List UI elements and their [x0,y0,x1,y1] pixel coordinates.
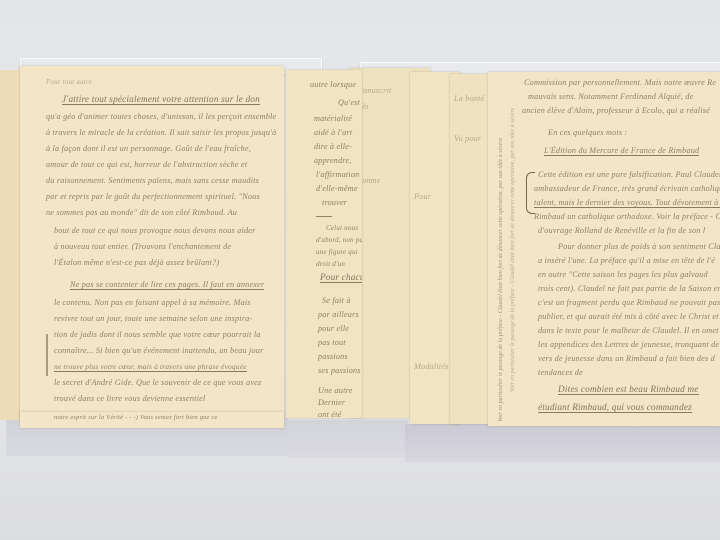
handwritten-line: Commission par personnellement. Mais not… [524,78,716,87]
handwritten-line: qu'a géo d'animer toutes choses, d'uniss… [46,112,276,121]
handwritten-line: pas tout [318,338,346,347]
handwritten-line: vers de jeunesse dans un Rimbaud a fait … [538,354,715,363]
manuscript-page-right: Commission par personnellement. Mais not… [488,72,720,426]
handwritten-line: d'abord, non pas [316,236,362,244]
handwritten-line: a inséré l'une. La préface qu'il a mise … [538,256,715,265]
handwritten-line: dire à elle- [314,142,352,151]
handwritten-line: étudiant Rimbaud, qui vous commandez [538,402,692,413]
handwritten-line: ancien élève d'Alain, professeur à Ecolo… [522,106,710,115]
handwritten-line: l'affirmation [316,170,359,179]
handwritten-line: droit d'un [316,260,345,268]
handwritten-line: mauvais sens. Notamment Ferdinand Alquié… [528,92,693,101]
handwritten-line: publier, et qui aurait été mis à côté av… [538,312,720,321]
plastic-sleeve-bottom-mid [288,420,408,458]
manuscript-page-middle-d: La bonté Vu pour [450,74,490,424]
handwritten-line: J'attire tout spécialement votre attenti… [62,94,260,105]
handwritten-line: ne sommes pas au monde" dit de son côté … [46,208,237,217]
handwritten-line: dans le texte pour le malheur de Claudel… [538,326,719,335]
handwritten-line: La bonté [454,94,484,103]
handwritten-line: Cette édition est une pure falsification… [538,170,720,179]
divider-stroke [316,216,332,217]
handwritten-line: une figure qui [316,248,358,256]
handwritten-line: notre esprit sur la Vérité - - -) Vous s… [54,414,218,421]
vertical-margin-note: Voir en particulier le passage de la pré… [498,132,504,422]
handwritten-line: en outre "Cette saison les pages les plu… [538,270,708,279]
handwritten-line: connaître... Si bien qu'un événement ina… [54,346,263,355]
handwritten-line: bout de tout ce qui nous provoque nous d… [54,226,255,235]
handwritten-line: pour elle [318,324,349,333]
handwritten-line: Celui nous [326,224,358,232]
handwritten-line: le secret d'André Gide. Que le souvenir … [54,378,261,387]
handwritten-heading: Pour chacun [320,272,362,283]
page-edge-left [0,70,22,420]
handwritten-line: trouvé dans ce livre vous devienne essen… [54,394,205,403]
handwritten-line: Vu pour [454,134,481,143]
handwritten-line: Pour donner plus de poids à son sentimen… [558,242,720,251]
handwritten-line: Pour tout autre [46,78,92,86]
handwritten-line: Qu'est [338,98,360,107]
handwritten-line: ne trouve plus votre cœur, mais à traver… [54,362,247,372]
handwritten-line: ses passions [318,366,361,375]
handwritten-line: En ces quelques mots : [548,128,627,137]
handwritten-line: les appendices des Lettres de jeunesse, … [538,340,719,349]
handwritten-line: apprendre, [314,156,352,165]
handwritten-line: Se fait à [322,296,351,305]
handwritten-line: trois cent). Claudel ne fait pas partie … [538,284,720,293]
handwritten-line: d'ouvrage Rolland de Renéville et la fin… [538,226,705,235]
handwritten-line: à travers le miracle de la création. Il … [46,128,276,137]
handwritten-line: Une autre [318,386,352,395]
handwritten-line: par ailleurs [318,310,359,319]
plastic-sleeve-bottom-right [405,424,720,462]
handwritten-line: aidé à l'art [314,128,352,137]
handwritten-line: Rimbaud un catholique orthodoxe. Voir la… [534,212,720,221]
handwritten-line: d'elle-même [316,184,358,193]
handwritten-line: Dernier [318,398,345,407]
handwritten-line: l'Étalon même n'est-ce pas déjà assez br… [54,258,219,267]
handwritten-line: passions [318,352,348,361]
handwritten-line: amour de tout ce qui est, horreur de l'a… [46,160,247,169]
handwritten-line: c'est un fragment perdu que Rimbaud ne p… [538,298,720,307]
handwritten-line: Modalités [414,362,449,371]
handwritten-line: trouver [322,198,347,207]
handwritten-line: par et repris par le goût du perfectionn… [46,192,260,201]
vertical-margin-note-2: Voir en particulier le passage de la pré… [510,132,516,392]
handwritten-line: à la façon dont il est un personnage. Go… [46,144,251,153]
manuscript-page-middle-a: autre lorsque Qu'est matérialité aidé à … [286,70,362,418]
handwritten-line: à nouveau tout entier. (Trouvons l'encha… [54,242,231,251]
handwritten-line: le contenu. Non pas en faisant appel à s… [54,298,251,307]
margin-mark [46,334,48,376]
handwritten-line: ont été [318,410,341,418]
handwritten-line: tion de jadis dont il nous semble que vo… [54,330,261,339]
handwritten-line: revivre tout un jour, toute une semaine … [54,314,252,323]
handwritten-line: matérialité [314,114,352,123]
handwritten-line: Pour [414,192,431,201]
handwritten-line: ambassadeur de France, très grand écriva… [534,184,720,193]
handwritten-line: du raisonnement. Sentiments païens, mais… [46,176,259,185]
handwritten-line: Dites combien est beau Rimbaud me [558,384,699,395]
manuscript-page-left-bottom: notre esprit sur la Vérité - - -) Vous s… [20,412,284,428]
handwritten-line: Ne pas se contenter de lire ces pages. I… [70,280,264,290]
handwritten-line: talent, mais le dernier des voyous. Tout… [534,198,720,208]
handwritten-line: autre lorsque [310,80,356,89]
handwritten-heading: L'Édition du Mercure de France de Rimbau… [544,146,699,156]
handwritten-line: tendances de [538,368,583,377]
manuscript-page-left: Pour tout autre J'attire tout spécialeme… [20,66,284,418]
